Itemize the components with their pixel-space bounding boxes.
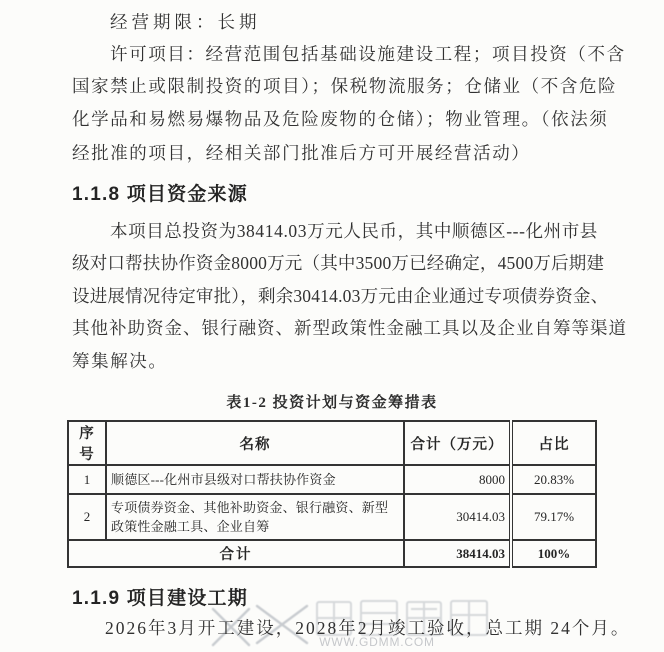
funding-line-4: 其他补助资金、银行融资、新型政策性金融工具以及企业自筹等渠道 [72,318,627,338]
row2-share: 79.17% [511,494,596,540]
document-page: WWW.GDMM.COM 经营期限：长期 许可项目：经营范围包括基础设施建设工程… [0,0,664,652]
section-heading-funding: 1.1.8 项目资金来源 [72,179,248,206]
row2-index: 2 [68,494,106,540]
row1-name: 顺德区---化州市县级对口帮扶协作资金 [106,465,404,494]
license-line-3: 化学品和易燃易爆物品及危险废物的仓储）；物业管理。（依法须 [72,109,608,129]
footer-share: 100% [511,540,596,567]
license-line-4: 经批准的项目，经相关部门批准后方可开展经营活动） [72,143,530,163]
row1-total: 8000 [404,465,511,494]
term-line: 经营期限：长期 [110,12,261,32]
footer-total: 38414.03 [404,540,511,567]
table-header-row: 序号 名称 合计（万元） 占比 [68,421,596,465]
footer-label: 合计 [68,540,404,567]
license-line-2: 国家禁止或限制投资的项目）；保税物流服务；仓储业（不含危险 [72,76,617,96]
row2-name: 专项债券资金、其他补助资金、银行融资、新型政策性金融工具、企业自筹 [106,494,404,540]
section-heading-schedule: 1.1.9 项目建设工期 [72,583,248,610]
table-row: 1 顺德区---化州市县级对口帮扶协作资金 8000 20.83% [68,465,596,494]
schedule-line: 2026年3月开工建设，2028年2月竣工验收，总工期 24个月。 [105,618,630,638]
row1-index: 1 [68,465,106,494]
funding-line-1: 本项目总投资为38414.03万元人民币，其中顺德区---化州市县 [110,221,598,241]
license-line-1: 许可项目：经营范围包括基础设施建设工程；项目投资（不含 [110,44,626,64]
funding-line-2: 级对口帮扶协作资金8000万元（其中3500万已经确定，4500万后期建 [72,253,604,273]
row1-share: 20.83% [511,465,596,494]
table-footer-row: 合计 38414.03 100% [68,540,596,567]
table-caption: 表1-2 投资计划与资金筹措表 [0,391,664,412]
col-header-index: 序号 [68,421,106,465]
investment-table: 序号 名称 合计（万元） 占比 1 顺德区---化州市县级对口帮扶协作资金 80… [67,420,597,568]
row2-total: 30414.03 [404,494,511,540]
funding-line-5: 筹集解决。 [72,351,168,371]
col-header-total: 合计（万元） [404,421,511,465]
col-header-share: 占比 [511,421,596,465]
table-row: 2 专项债券资金、其他补助资金、银行融资、新型政策性金融工具、企业自筹 3041… [68,494,596,540]
funding-line-3: 设进展情况待定审批），剩余30414.03万元由企业通过专项债券资金、 [72,286,608,306]
col-header-name: 名称 [106,421,404,465]
